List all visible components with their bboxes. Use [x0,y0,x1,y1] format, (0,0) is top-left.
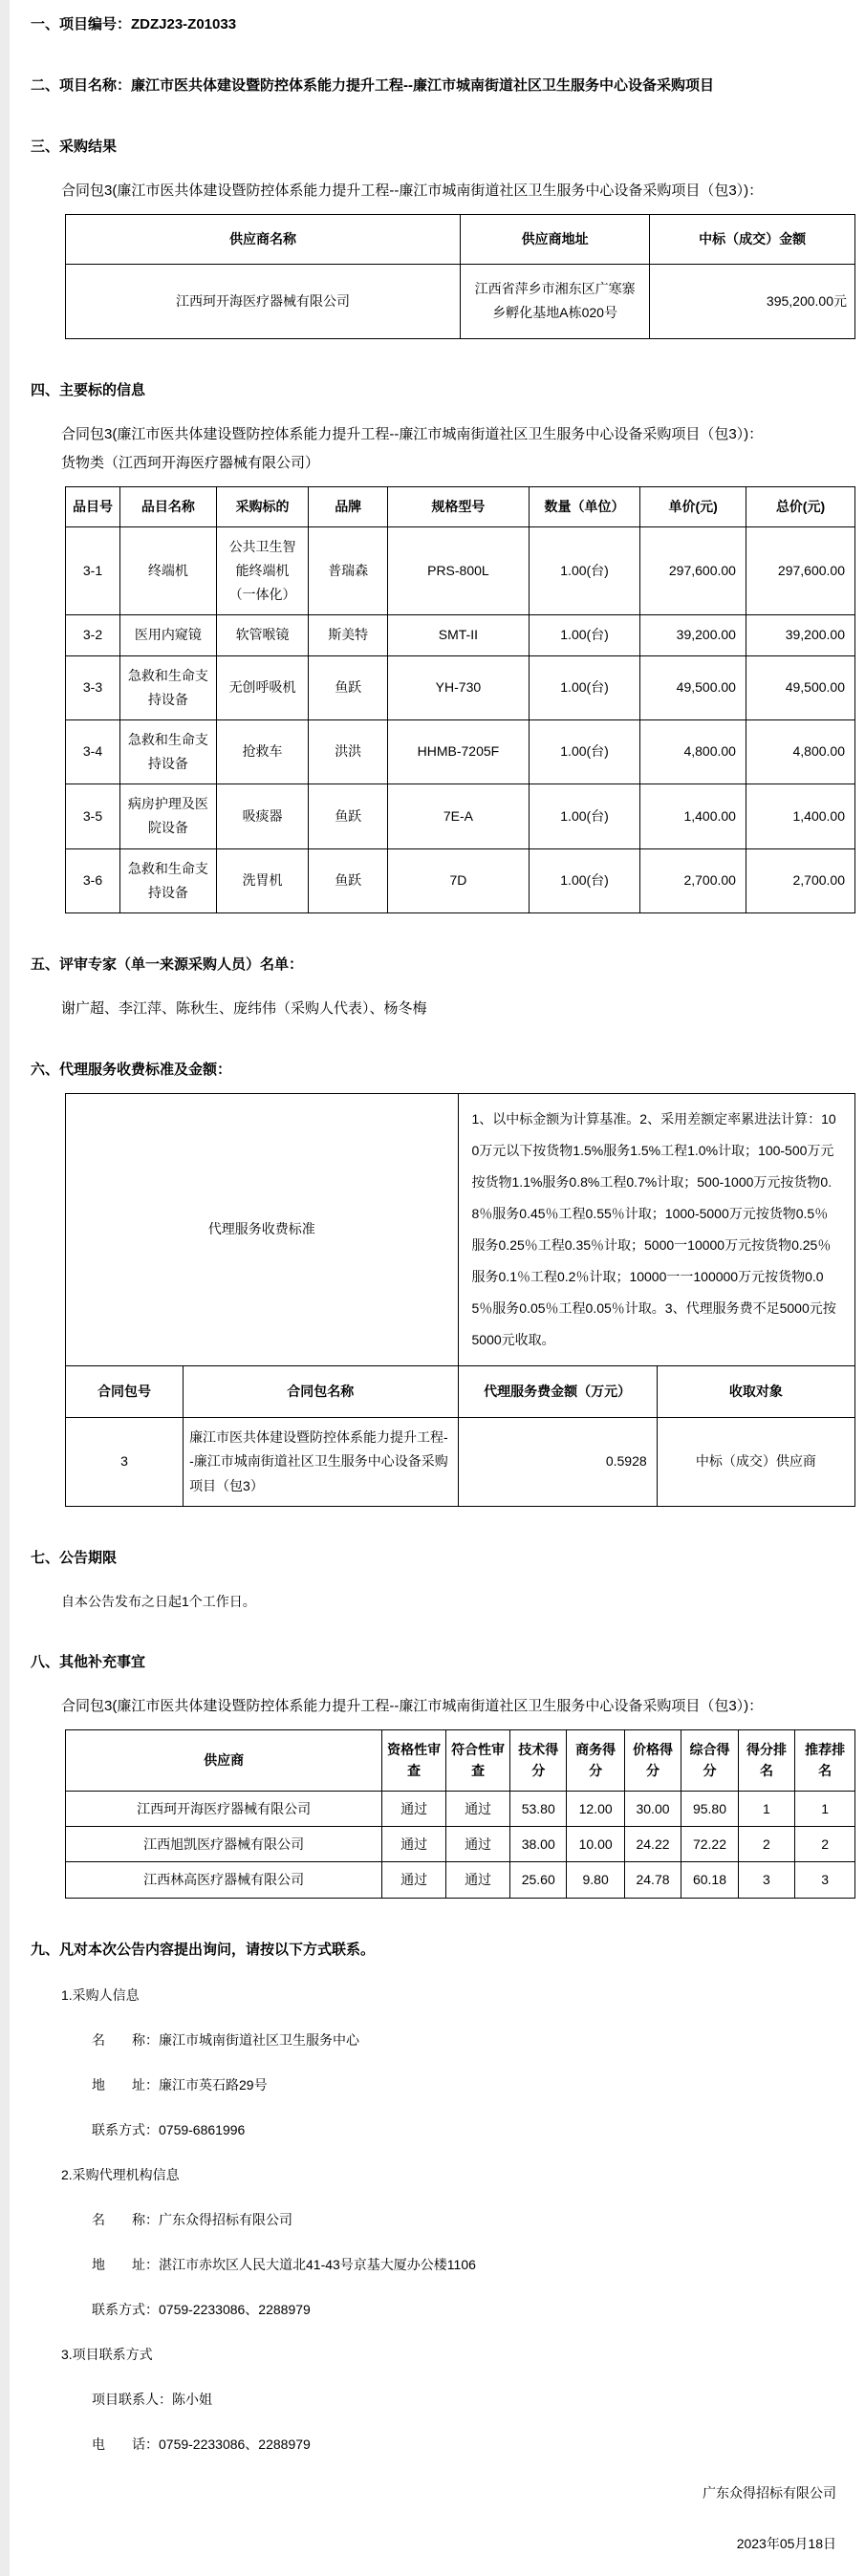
fee-table-header-row: 合同包号 合同包名称 代理服务费金额（万元） 收取对象 [66,1366,855,1418]
section8-title: 八、其他补充事宜 [31,1653,865,1672]
conformity-cell: 通过 [446,1826,510,1861]
section9-title: 九、凡对本次公告内容提出询问，请按以下方式联系。 [31,1941,865,1960]
fee-amount-cell: 0.5928 [458,1418,657,1507]
model-cell: PRS-800L [387,526,529,615]
header-unit-price: 单价(元) [640,486,746,526]
section4-package-intro: 合同包3(廉江市医共体建设暨防控体系能力提升工程--廉江市城南街道社区卫生服务中… [61,425,865,444]
qty-cell: 1.00(台) [529,784,639,848]
section4-category: 货物类（江西珂开海医疗器械有限公司） [61,454,865,473]
tech-score-cell: 53.80 [510,1791,567,1826]
header-total-price: 总价(元) [746,486,854,526]
header-tech-score: 技术得分 [510,1729,567,1791]
items-table-row: 3-2 医用内窥镜 软管喉镜 斯美特 SMT-II 1.00(台) 39,200… [66,615,855,655]
total-price-cell: 2,700.00 [746,848,854,912]
header-price-score: 价格得分 [624,1729,681,1791]
footer-date: 2023年05月18日 [0,2535,865,2553]
model-cell: HHMB-7205F [387,719,529,784]
supplier-cell: 江西林高医疗器械有限公司 [66,1862,382,1898]
unit-price-cell: 297,600.00 [640,526,746,615]
total-price-cell: 4,800.00 [746,719,854,784]
brand-cell: 斯美特 [309,615,388,655]
header-item-name: 品目名称 [119,486,216,526]
total-price-cell: 297,600.00 [746,526,854,615]
model-cell: YH-730 [387,655,529,719]
item-no-cell: 3-1 [66,526,120,615]
items-table-row: 3-3 急救和生命支持设备 无创呼吸机 鱼跃 YH-730 1.00(台) 49… [66,655,855,719]
header-supplier-name: 供应商名称 [66,215,461,265]
agency-fee-table: 代理服务收费标准 1、以中标金额为计算基准。2、采用差额定率累进法计算：100万… [65,1093,855,1507]
header-qualification-review: 资格性审查 [382,1729,446,1791]
tech-score-cell: 25.60 [510,1862,567,1898]
procurement-result-table: 供应商名称 供应商地址 中标（成交）金额 江西珂开海医疗器械有限公司 江西省萍乡… [65,214,855,339]
expert-names: 谢广超、李江萍、陈秋生、庞纬伟（采购人代表）、杨冬梅 [61,999,865,1019]
unit-price-cell: 39,200.00 [640,615,746,655]
header-award-amount: 中标（成交）金额 [650,215,855,265]
item-no-cell: 3-6 [66,848,120,912]
supplier-cell: 江西珂开海医疗器械有限公司 [66,1791,382,1826]
header-supplier-address: 供应商地址 [461,215,650,265]
items-table-row: 3-5 病房护理及医院设备 吸痰器 鱼跃 7E-A 1.00(台) 1,400.… [66,784,855,848]
total-price-cell: 1,400.00 [746,784,854,848]
recommend-rank-cell: 3 [795,1862,855,1898]
price-score-cell: 30.00 [624,1791,681,1826]
header-recommend-rank: 推荐排名 [795,1729,855,1791]
package-no-cell: 3 [66,1418,184,1507]
supplier-cell: 江西旭凯医疗器械有限公司 [66,1826,382,1861]
header-fee-amount: 代理服务费金额（万元） [458,1366,657,1418]
model-cell: 7D [387,848,529,912]
score-table-header-row: 供应商 资格性审查 符合性审查 技术得分 商务得分 价格得分 综合得分 得分排名… [66,1729,855,1791]
recommend-rank-cell: 1 [795,1791,855,1826]
brand-cell: 鱼跃 [309,784,388,848]
qualification-cell: 通过 [382,1791,446,1826]
project-contact-person: 项目联系人：陈小姐 [92,2391,865,2409]
item-name-cell: 病房护理及医院设备 [119,784,216,848]
header-item-no: 品目号 [66,486,120,526]
target-cell: 吸痰器 [216,784,309,848]
announcement-period: 自本公告发布之日起1个工作日。 [61,1593,865,1611]
composite-score-cell: 95.80 [681,1791,738,1826]
model-cell: 7E-A [387,784,529,848]
section6-title: 六、代理服务收费标准及金额： [31,1061,865,1080]
award-amount-cell: 395,200.00元 [650,265,855,338]
header-model: 规格型号 [387,486,529,526]
items-table-row: 3-1 终端机 公共卫生智能终端机（一体化） 普瑞森 PRS-800L 1.00… [66,526,855,615]
brand-cell: 鱼跃 [309,655,388,719]
unit-price-cell: 2,700.00 [640,848,746,912]
agency-info-heading: 2.采购代理机构信息 [61,2166,865,2184]
score-rank-cell: 2 [738,1826,794,1861]
main-items-table: 品目号 品目名称 采购标的 品牌 规格型号 数量（单位） 单价(元) 总价(元)… [65,486,855,913]
item-name-cell: 急救和生命支持设备 [119,848,216,912]
qty-cell: 1.00(台) [529,719,639,784]
target-cell: 无创呼吸机 [216,655,309,719]
business-score-cell: 10.00 [567,1826,624,1861]
supplier-address-cell: 江西省萍乡市湘东区广寒寨乡孵化基地A栋020号 [461,265,650,338]
item-name-cell: 医用内窥镜 [119,615,216,655]
price-score-cell: 24.78 [624,1862,681,1898]
section8-package-intro: 合同包3(廉江市医共体建设暨防控体系能力提升工程--廉江市城南街道社区卫生服务中… [61,1697,865,1716]
items-table-row: 3-6 急救和生命支持设备 洗胃机 鱼跃 7D 1.00(台) 2,700.00… [66,848,855,912]
price-score-cell: 24.22 [624,1826,681,1861]
section3-title: 三、采购结果 [31,138,865,157]
fee-standard-row: 代理服务收费标准 1、以中标金额为计算基准。2、采用差额定率累进法计算：100万… [66,1094,855,1366]
unit-price-cell: 4,800.00 [640,719,746,784]
unit-price-cell: 1,400.00 [640,784,746,848]
header-quantity: 数量（单位） [529,486,639,526]
section5-title: 五、评审专家（单一来源采购人员）名单： [31,955,865,975]
target-cell: 洗胃机 [216,848,309,912]
item-name-cell: 急救和生命支持设备 [119,655,216,719]
header-business-score: 商务得分 [567,1729,624,1791]
result-table-header-row: 供应商名称 供应商地址 中标（成交）金额 [66,215,855,265]
section7-title: 七、公告期限 [31,1549,865,1568]
item-name-cell: 终端机 [119,526,216,615]
header-package-no: 合同包号 [66,1366,184,1418]
result-table-row: 江西珂开海医疗器械有限公司 江西省萍乡市湘东区广寒寨乡孵化基地A栋020号 39… [66,265,855,338]
model-cell: SMT-II [387,615,529,655]
header-package-name: 合同包名称 [184,1366,458,1418]
header-procurement-target: 采购标的 [216,486,309,526]
total-price-cell: 49,500.00 [746,655,854,719]
score-rank-cell: 3 [738,1862,794,1898]
purchaser-info-heading: 1.采购人信息 [61,1986,865,2005]
score-table-row: 江西林高医疗器械有限公司 通过 通过 25.60 9.80 24.78 60.1… [66,1862,855,1898]
target-cell: 软管喉镜 [216,615,309,655]
header-supplier: 供应商 [66,1729,382,1791]
items-table-header-row: 品目号 品目名称 采购标的 品牌 规格型号 数量（单位） 单价(元) 总价(元) [66,486,855,526]
qualification-cell: 通过 [382,1826,446,1861]
item-no-cell: 3-3 [66,655,120,719]
brand-cell: 洪洪 [309,719,388,784]
section-project-number: 一、项目编号：ZDZJ23-Z01033 [31,15,865,34]
purchaser-address: 地 址：廉江市英石路29号 [92,2076,865,2094]
qty-cell: 1.00(台) [529,526,639,615]
target-cell: 公共卫生智能终端机（一体化） [216,526,309,615]
score-table-row: 江西旭凯医疗器械有限公司 通过 通过 38.00 10.00 24.22 72.… [66,1826,855,1861]
total-price-cell: 39,200.00 [746,615,854,655]
target-cell: 抢救车 [216,719,309,784]
project-phone: 电 话：0759-2233086、2288979 [92,2436,865,2454]
header-score-rank: 得分排名 [738,1729,794,1791]
announcement-content: 一、项目编号：ZDZJ23-Z01033 二、项目名称：廉江市医共体建设暨防控体… [0,15,865,2576]
section4-title: 四、主要标的信息 [31,381,865,400]
package-name-cell: 廉江市医共体建设暨防控体系能力提升工程--廉江市城南街道社区卫生服务中心设备采购… [184,1418,458,1507]
section3-package-intro: 合同包3(廉江市医共体建设暨防控体系能力提升工程--廉江市城南街道社区卫生服务中… [61,182,865,201]
items-table-row: 3-4 急救和生命支持设备 抢救车 洪洪 HHMB-7205F 1.00(台) … [66,719,855,784]
supplier-score-table: 供应商 资格性审查 符合性审查 技术得分 商务得分 价格得分 综合得分 得分排名… [65,1729,855,1899]
project-contact-heading: 3.项目联系方式 [61,2346,865,2364]
conformity-cell: 通过 [446,1862,510,1898]
header-brand: 品牌 [309,486,388,526]
purchaser-contact: 联系方式：0759-6861996 [92,2121,865,2139]
conformity-cell: 通过 [446,1791,510,1826]
fee-standard-content-cell: 1、以中标金额为计算基准。2、采用差额定率累进法计算：100万元以下按货物1.5… [458,1094,854,1366]
agency-name: 名 称：广东众得招标有限公司 [92,2211,865,2229]
fee-payer-cell: 中标（成交）供应商 [657,1418,854,1507]
brand-cell: 普瑞森 [309,526,388,615]
header-composite-score: 综合得分 [681,1729,738,1791]
tech-score-cell: 38.00 [510,1826,567,1861]
item-no-cell: 3-5 [66,784,120,848]
section-project-name: 二、项目名称：廉江市医共体建设暨防控体系能力提升工程--廉江市城南街道社区卫生服… [31,76,865,96]
procurement-announcement-page: 一、项目编号：ZDZJ23-Z01033 二、项目名称：廉江市医共体建设暨防控体… [0,0,865,2576]
agency-address: 地 址：湛江市赤坎区人民大道北41-43号京基大厦办公楼1106 [92,2256,865,2274]
header-fee-payer: 收取对象 [657,1366,854,1418]
business-score-cell: 12.00 [567,1791,624,1826]
qty-cell: 1.00(台) [529,615,639,655]
header-conformity-review: 符合性审查 [446,1729,510,1791]
recommend-rank-cell: 2 [795,1826,855,1861]
brand-cell: 鱼跃 [309,848,388,912]
qty-cell: 1.00(台) [529,655,639,719]
fee-table-row: 3 廉江市医共体建设暨防控体系能力提升工程--廉江市城南街道社区卫生服务中心设备… [66,1418,855,1507]
composite-score-cell: 60.18 [681,1862,738,1898]
item-no-cell: 3-4 [66,719,120,784]
score-rank-cell: 1 [738,1791,794,1826]
page-left-gutter [0,0,10,2576]
qualification-cell: 通过 [382,1862,446,1898]
supplier-name-cell: 江西珂开海医疗器械有限公司 [66,265,461,338]
purchaser-name: 名 称：廉江市城南街道社区卫生服务中心 [92,2031,865,2050]
business-score-cell: 9.80 [567,1862,624,1898]
composite-score-cell: 72.22 [681,1826,738,1861]
item-name-cell: 急救和生命支持设备 [119,719,216,784]
agency-contact: 联系方式：0759-2233086、2288979 [92,2301,865,2319]
qty-cell: 1.00(台) [529,848,639,912]
fee-standard-label-cell: 代理服务收费标准 [66,1094,459,1366]
item-no-cell: 3-2 [66,615,120,655]
unit-price-cell: 49,500.00 [640,655,746,719]
footer-company: 广东众得招标有限公司 [0,2484,865,2502]
score-table-row: 江西珂开海医疗器械有限公司 通过 通过 53.80 12.00 30.00 95… [66,1791,855,1826]
